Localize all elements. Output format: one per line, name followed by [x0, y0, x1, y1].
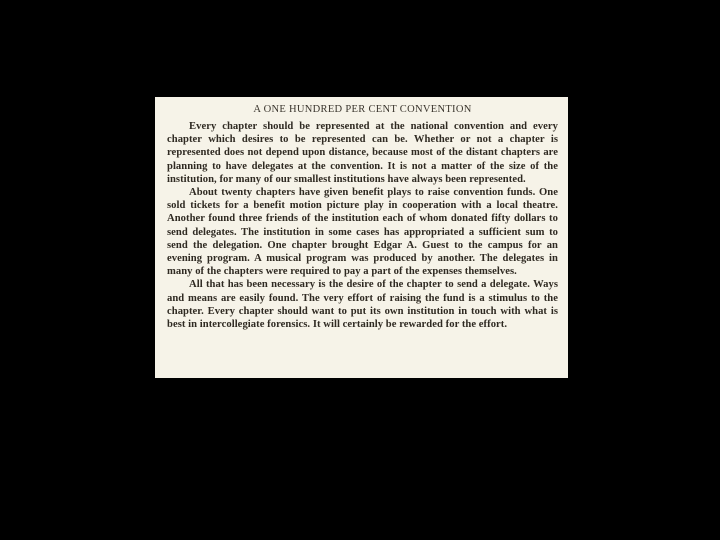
- paragraph-3: All that has been necessary is the desir…: [167, 278, 558, 331]
- paragraph-1: Every chapter should be represented at t…: [167, 120, 558, 186]
- document-title: A ONE HUNDRED PER CENT CONVENTION: [167, 104, 558, 115]
- scanned-document-page: A ONE HUNDRED PER CENT CONVENTION Every …: [155, 97, 568, 378]
- paragraph-2: About twenty chapters have given benefit…: [167, 186, 558, 278]
